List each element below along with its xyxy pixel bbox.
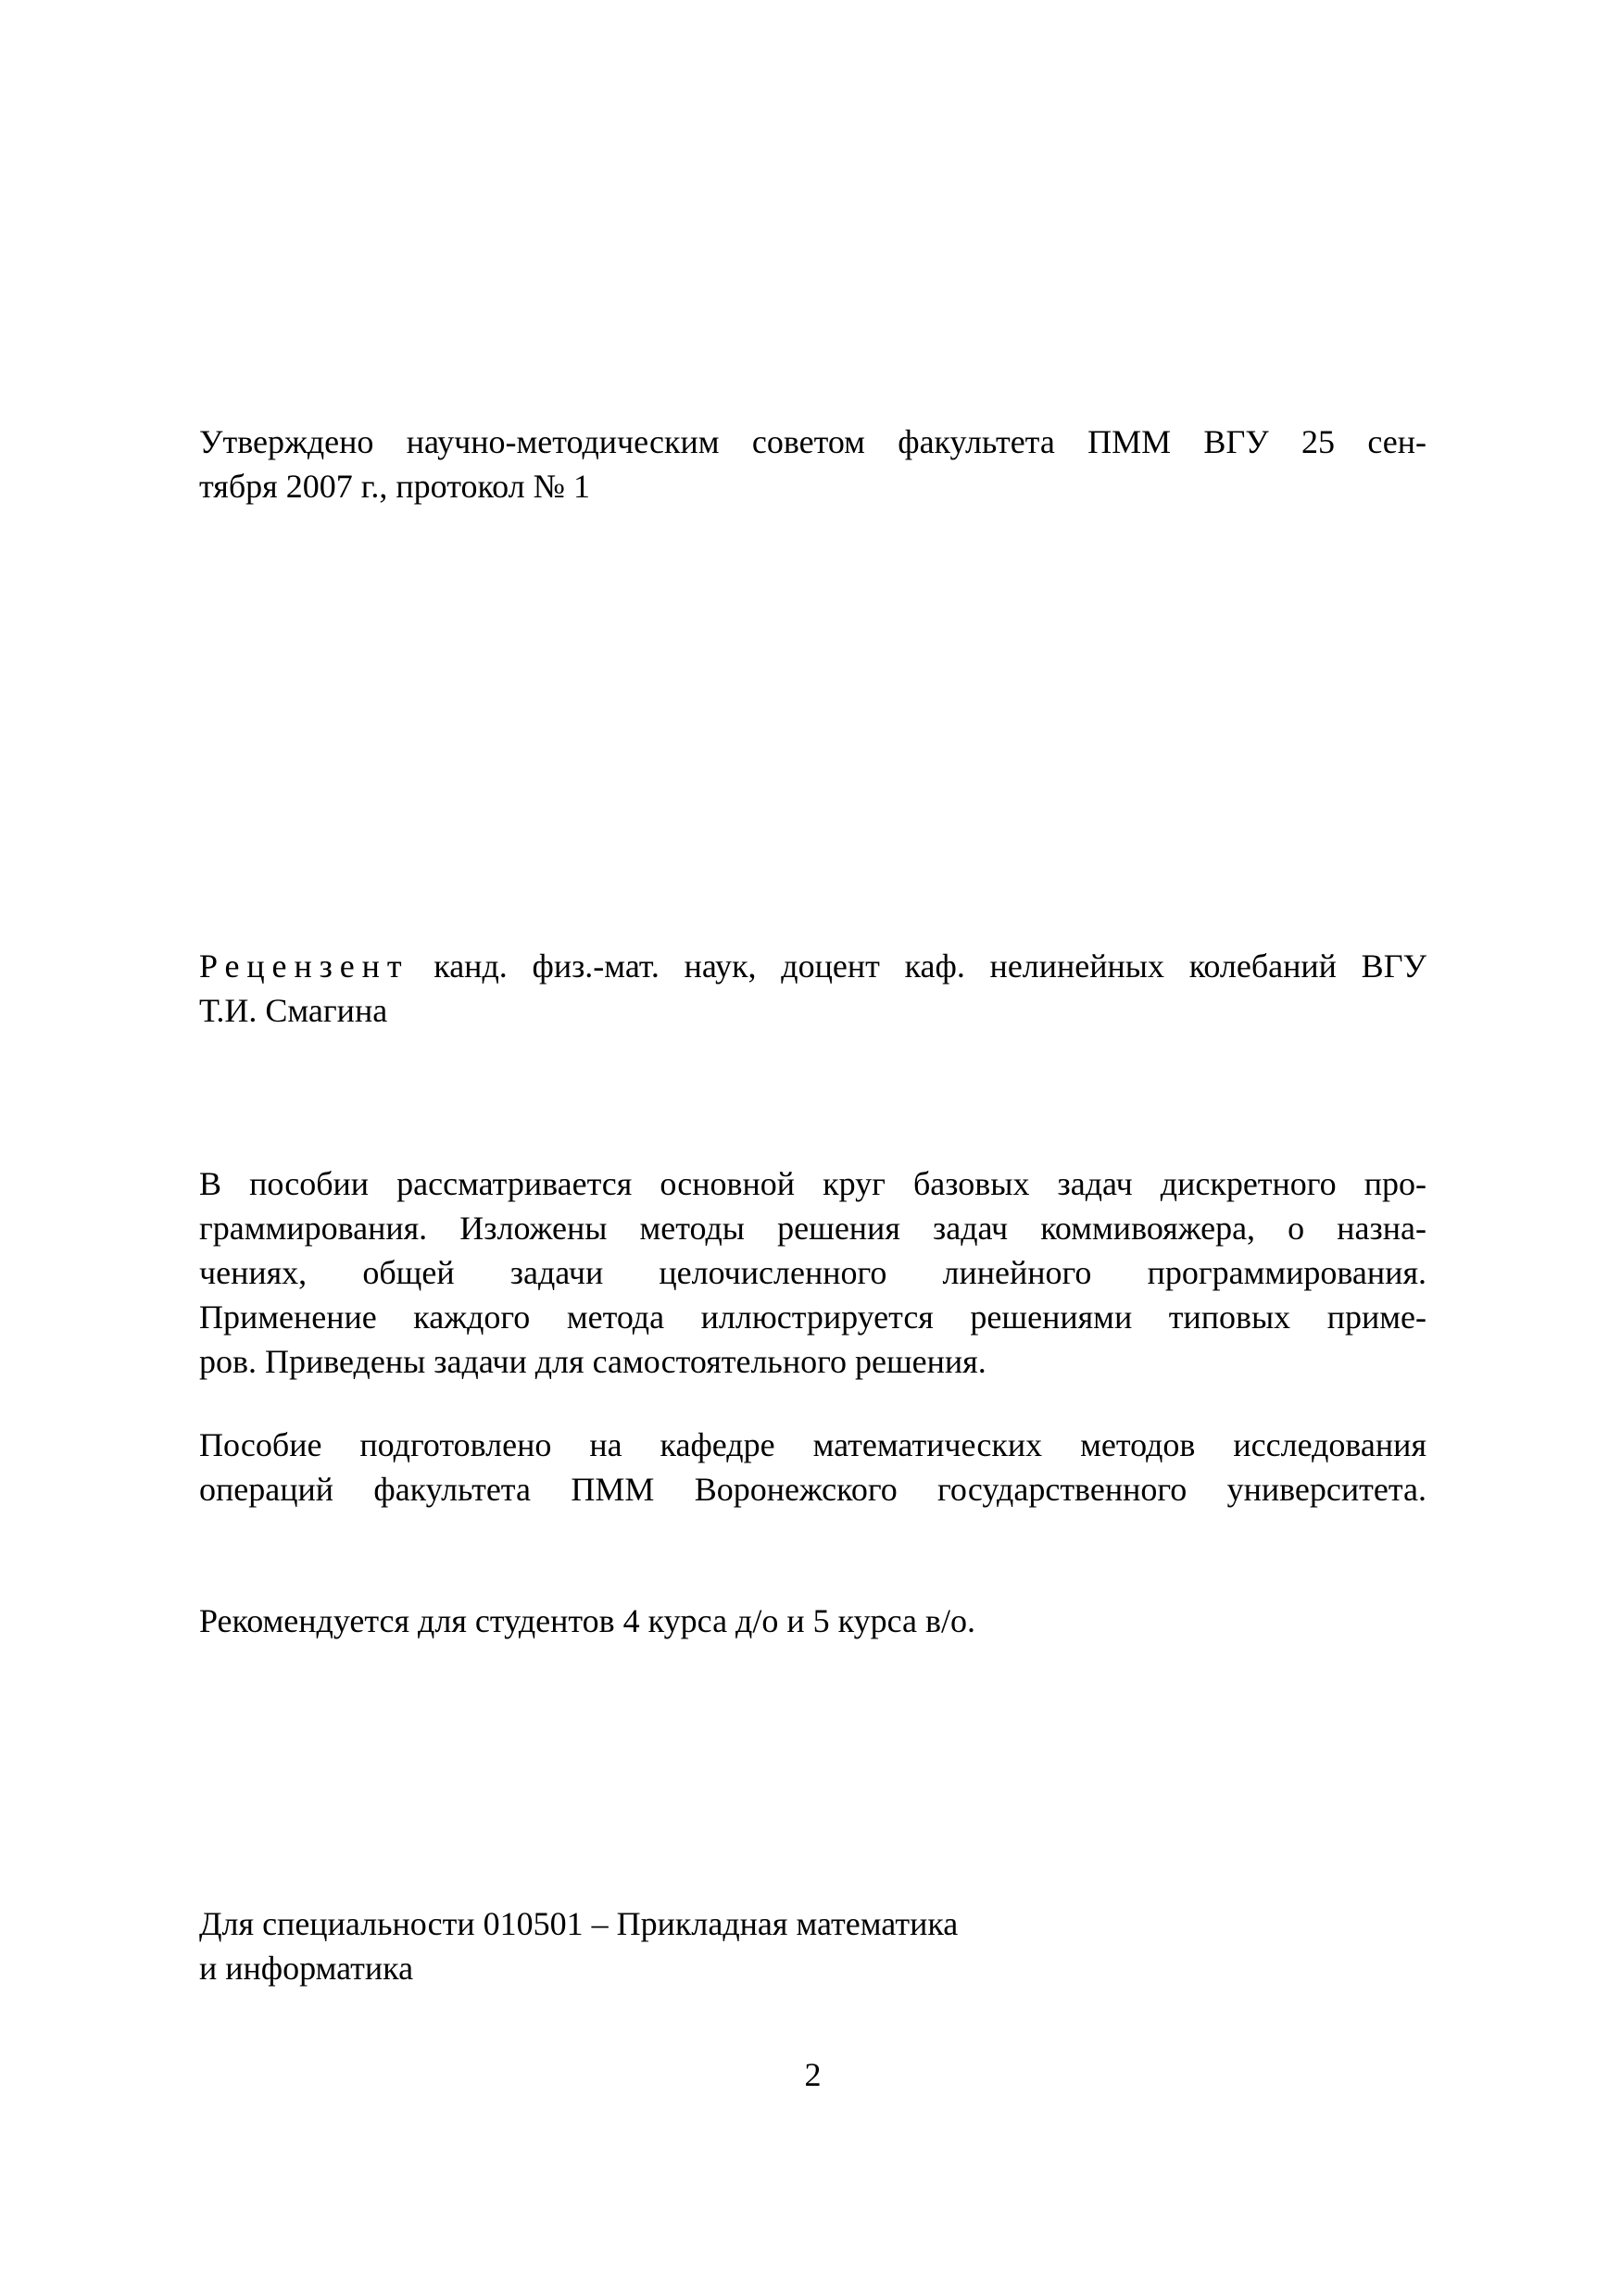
text-line: Для специальности 010501 – Прикладная ма…: [199, 1901, 1426, 1946]
text-line: ров. Приведены задачи для самостоятельно…: [199, 1339, 1426, 1384]
recommendation-paragraph: Рекомендуется для студентов 4 курса д/о …: [199, 1599, 1426, 1643]
reviewer-name: Т.И. Смагина: [199, 988, 1426, 1033]
document-page: Утверждено научно-методическим советом ф…: [0, 0, 1621, 2296]
text-line: Применение каждого метода иллюстрируется…: [199, 1295, 1426, 1339]
page-number: 2: [199, 2052, 1426, 2097]
text-line: Утверждено научно-методическим советом ф…: [199, 420, 1426, 464]
text-line: чениях, общей задачи целочисленного лине…: [199, 1250, 1426, 1295]
reviewer-paragraph: Рецензент канд. физ.-мат. наук, доцент к…: [199, 944, 1426, 1033]
text-line: тября 2007 г., протокол № 1: [199, 464, 1426, 508]
text-line: и информатика: [199, 1946, 1426, 1990]
text-line: В пособии рассматривается основной круг …: [199, 1161, 1426, 1206]
text-line: Рекомендуется для студентов 4 курса д/о …: [199, 1599, 1426, 1643]
department-paragraph: Пособие подготовлено на кафедре математи…: [199, 1423, 1426, 1512]
reviewer-label: Рецензент: [199, 947, 409, 985]
text-line: граммирования. Изложены методы решения з…: [199, 1206, 1426, 1250]
text-line: операций факультета ПММ Воронежского гос…: [199, 1467, 1426, 1512]
reviewer-credentials: канд. физ.-мат. наук, доцент каф. нелине…: [434, 947, 1426, 985]
text-line: Рецензент канд. физ.-мат. наук, доцент к…: [199, 944, 1426, 988]
abstract-paragraph: В пособии рассматривается основной круг …: [199, 1161, 1426, 1384]
specialty-paragraph: Для специальности 010501 – Прикладная ма…: [199, 1901, 1426, 1990]
approval-paragraph: Утверждено научно-методическим советом ф…: [199, 420, 1426, 508]
text-line: Пособие подготовлено на кафедре математи…: [199, 1423, 1426, 1467]
